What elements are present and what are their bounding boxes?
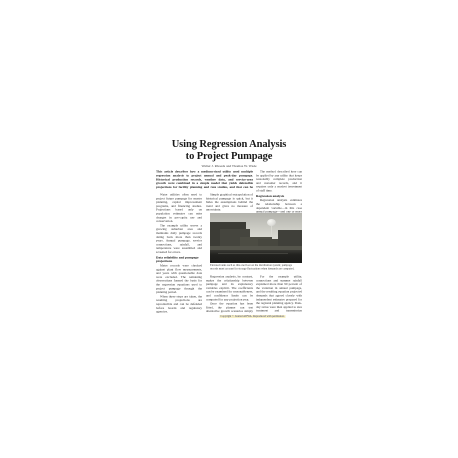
pond-foreground bbox=[210, 250, 302, 263]
column-2-lower: Regression analysis, by contrast, makes … bbox=[206, 275, 253, 313]
water-tower-tank bbox=[267, 219, 276, 226]
column-2-upper: Simple graphical extrapolation of histor… bbox=[206, 193, 253, 213]
column-1: Water utilities often need to project fu… bbox=[156, 193, 202, 313]
article-title-line1: Using Regression Analysis bbox=[152, 139, 306, 151]
paragraph: Regression analysis estimates the relati… bbox=[256, 199, 302, 213]
photo-caption-line2: records must account for storage fluctua… bbox=[210, 267, 302, 270]
footer-text: Copyright © Journal AWWA. Reproduced wit… bbox=[219, 315, 285, 318]
footer-note: Copyright © Journal AWWA. Reproduced wit… bbox=[205, 315, 300, 323]
column-3-lower: For the example utility, connections and… bbox=[256, 275, 302, 313]
paragraph: The example utility serves a growing sub… bbox=[156, 224, 202, 254]
paragraph: For the example utility, connections and… bbox=[256, 275, 302, 313]
paragraph: The method described here can be applied… bbox=[256, 170, 302, 193]
article-title-line2: to Project Pumpage bbox=[152, 151, 306, 163]
water-tower-stem bbox=[271, 225, 272, 235]
scanned-article-page: Using Regression Analysis to Project Pum… bbox=[0, 0, 458, 458]
section-heading: Regression analysis bbox=[256, 194, 302, 198]
landscape-photograph bbox=[210, 213, 302, 263]
paragraph: Water utilities often need to project fu… bbox=[156, 193, 202, 223]
paragraph: Simple graphical extrapolation of histor… bbox=[206, 193, 253, 212]
section-heading: Data reliability and pumpage projections bbox=[156, 256, 202, 264]
abstract-text: This article describes how a medium-size… bbox=[156, 170, 253, 190]
byline-text: Walter J. Rhoads and Thomas W. Wade bbox=[156, 164, 302, 168]
paragraph: Regression analysis, by contrast, makes … bbox=[206, 275, 253, 302]
paragraph: Once the equation has been fitted, the p… bbox=[206, 302, 253, 313]
abstract: This article describes how a medium-size… bbox=[156, 170, 253, 190]
photo-caption: Elevated tanks such as this one float on… bbox=[210, 264, 302, 273]
paragraph: Meter records were checked against plant… bbox=[156, 264, 202, 294]
column-3-upper: The method described here can be applied… bbox=[256, 170, 302, 213]
paragraph: When these steps are taken, the resultin… bbox=[156, 295, 202, 313]
pond-reflection bbox=[218, 253, 288, 254]
